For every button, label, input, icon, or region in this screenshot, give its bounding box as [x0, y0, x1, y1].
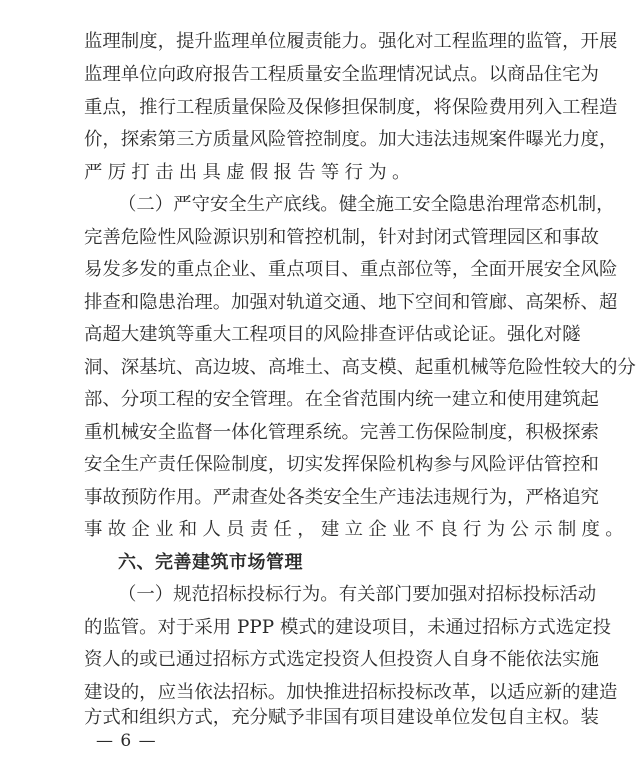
body-text-line: 的监管。对于采用 PPP 模式的建设项目，未通过招标方式选定投	[84, 612, 562, 644]
section-lead-line: （二）严守安全生产底线。健全施工安全隐患治理常态机制，	[118, 189, 562, 221]
page-number: — 6 —	[96, 728, 157, 754]
section-lead-line: （一）规范招标投标行为。有关部门要加强对招标投标活动	[118, 579, 562, 611]
body-text-line: 排查和隐患治理。加强对轨道交通、地下空间和管廊、高架桥、超	[84, 287, 562, 319]
body-text-line: 监理单位向政府报告工程质量安全监理情况试点。以商品住宅为	[84, 59, 562, 91]
body-text-line: 资人的或已通过招标方式选定投资人但投资人自身不能依法实施	[84, 644, 562, 676]
body-text-line: 监理制度，提升监理单位履责能力。强化对工程监理的监管，开展	[84, 26, 562, 58]
body-text-line: 重点，推行工程质量保险及保修担保制度，将保险费用列入工程造	[84, 92, 562, 124]
section-heading: 六、完善建筑市场管理	[118, 547, 562, 579]
body-text-line: 高超大建筑等重大工程项目的风险排查评估或论证。强化对隧	[84, 319, 562, 351]
body-text-line: 事故预防作用。严肃查处各类安全生产违法违规行为，严格追究	[84, 482, 562, 514]
body-text-line: 严厉打击出具虚假报告等行为。	[84, 157, 562, 189]
body-text-line: 部、分项工程的安全管理。在全省范围内统一建立和使用建筑起	[84, 384, 562, 416]
body-text-line: 事故企业和人员责任，建立企业不良行为公示制度。	[84, 514, 562, 546]
body-text-line: 易发多发的重点企业、重点项目、重点部位等，全面开展安全风险	[84, 254, 562, 286]
body-text-line: 洞、深基坑、高边坡、高堆土、高支模、起重机械等危险性较大的分	[84, 352, 562, 384]
document-page: 监理制度，提升监理单位履责能力。强化对工程监理的监管，开展 监理单位向政府报告工…	[0, 0, 640, 762]
body-text-line: 完善危险性风险源识别和管控机制，针对封闭式管理园区和事故	[84, 222, 562, 254]
body-text-line: 重机械安全监督一体化管理系统。完善工伤保险制度，积极探索	[84, 417, 562, 449]
body-text-line: 安全生产责任保险制度，切实发挥保险机构参与风险评估管控和	[84, 449, 562, 481]
body-text-line: 价，探索第三方质量风险管控制度。加大违法违规案件曝光力度，	[84, 124, 562, 156]
